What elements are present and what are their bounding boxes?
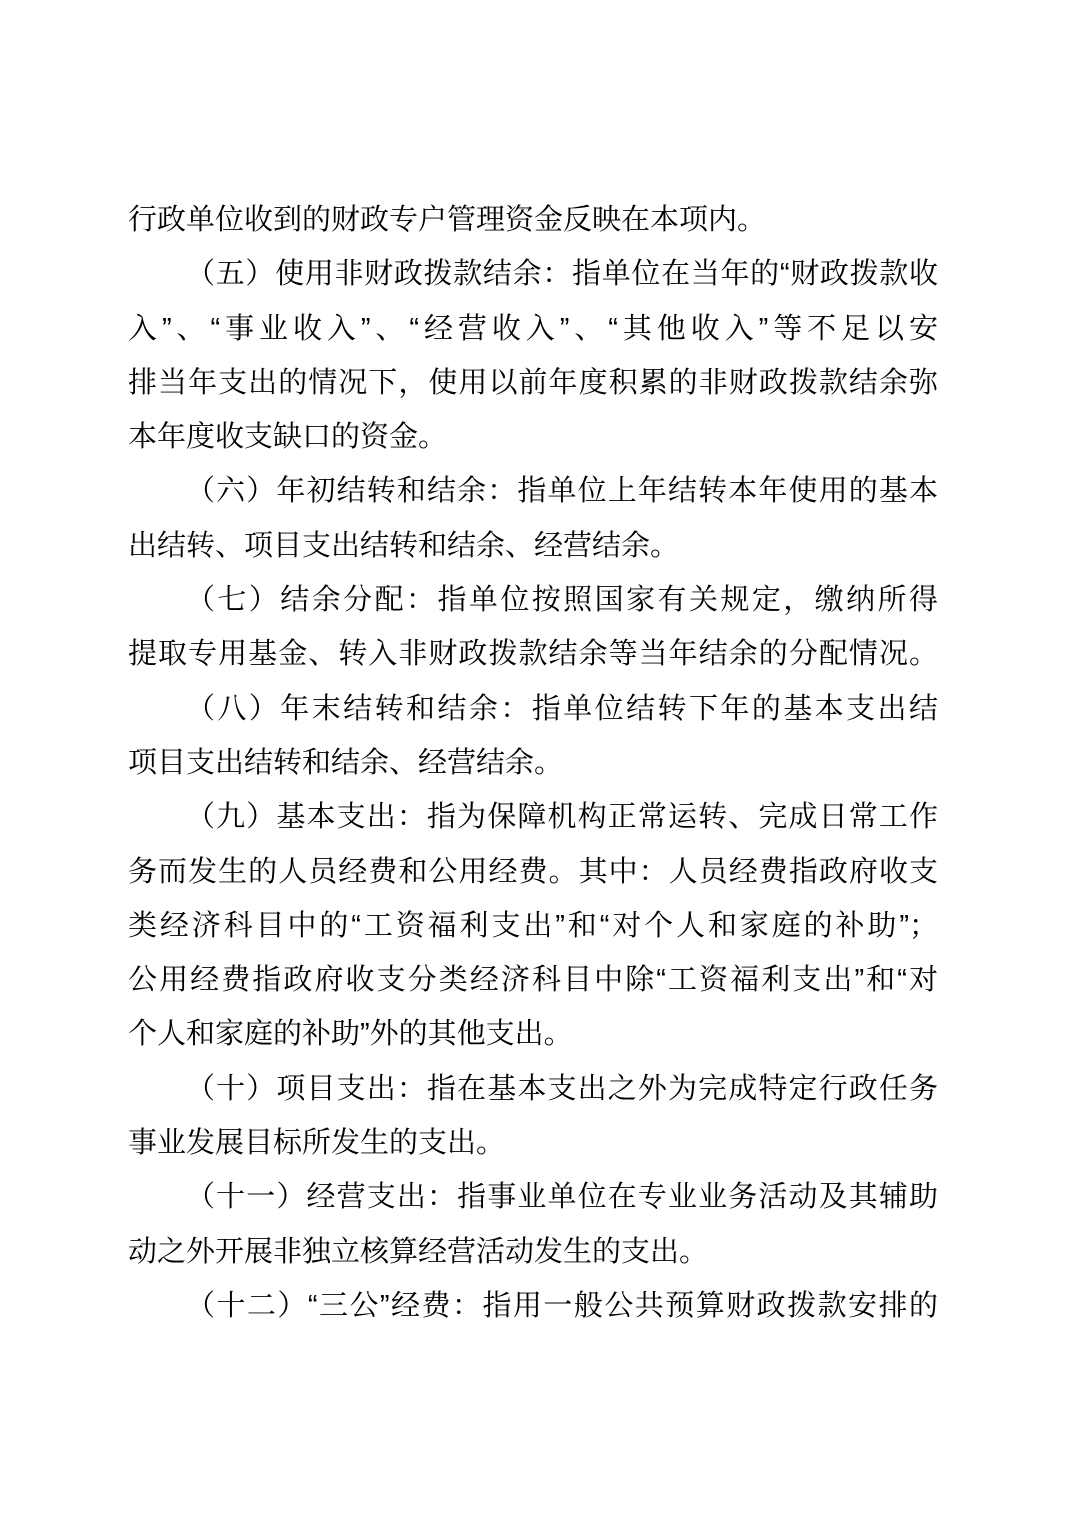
text-line: 行政单位收到的财政专户管理资金反映在本项内。 [128,193,938,247]
text-line: （十二）“三公”经费：指用一般公共预算财政拨款安排的 [128,1279,938,1333]
paragraph-item-11: （十一）经营支出：指事业单位在专业业务活动及其辅助活 动之外开展非独立核算经营活… [128,1170,938,1279]
paragraph-item-10: （十）项目支出：指在基本支出之外为完成特定行政任务和 事业发展目标所发生的支出。 [128,1062,938,1171]
text-line: 事业发展目标所发生的支出。 [128,1116,938,1170]
text-line: （九）基本支出：指为保障机构正常运转、完成日常工作任 [128,790,938,844]
paragraph-item-5: （五）使用非财政拨款结余：指单位在当年的“财政拨款收 入”、“事业收入”、“经营… [128,247,938,464]
text-line: 提取专用基金、转入非财政拨款结余等当年结余的分配情况。 [128,627,938,681]
document-page: 行政单位收到的财政专户管理资金反映在本项内。 （五）使用非财政拨款结余：指单位在… [0,0,1074,1520]
paragraph-item-7: （七）结余分配：指单位按照国家有关规定，缴纳所得税、 提取专用基金、转入非财政拨… [128,573,938,682]
paragraph-item-12: （十二）“三公”经费：指用一般公共预算财政拨款安排的 [128,1279,938,1333]
text-line: 出结转、项目支出结转和结余、经营结余。 [128,519,938,573]
paragraph-item-9: （九）基本支出：指为保障机构正常运转、完成日常工作任 务而发生的人员经费和公用经… [128,790,938,1061]
text-line: 项目支出结转和结余、经营结余。 [128,736,938,790]
text-line: （十一）经营支出：指事业单位在专业业务活动及其辅助活 [128,1170,938,1224]
text-line: （五）使用非财政拨款结余：指单位在当年的“财政拨款收 [128,247,938,301]
text-line: （七）结余分配：指单位按照国家有关规定，缴纳所得税、 [128,573,938,627]
text-line: 务而发生的人员经费和公用经费。其中：人员经费指政府收支分 [128,845,938,899]
text-line: 类经济科目中的“工资福利支出”和“对个人和家庭的补助”； [128,899,938,953]
text-line: （十）项目支出：指在基本支出之外为完成特定行政任务和 [128,1062,938,1116]
text-line: 公用经费指政府收支分类经济科目中除“工资福利支出”和“对 [128,953,938,1007]
text-line: 个人和家庭的补助”外的其他支出。 [128,1007,938,1061]
paragraph-item-8: （八）年末结转和结余：指单位结转下年的基本支出结转、 项目支出结转和结余、经营结… [128,682,938,791]
text-line: （六）年初结转和结余：指单位上年结转本年使用的基本支 [128,464,938,518]
document-body: 行政单位收到的财政专户管理资金反映在本项内。 （五）使用非财政拨款结余：指单位在… [128,193,938,1333]
text-line: 本年度收支缺口的资金。 [128,410,938,464]
text-line: 排当年支出的情况下，使用以前年度积累的非财政拨款结余弥补 [128,356,938,410]
text-line: 入”、“事业收入”、“经营收入”、“其他收入”等不足以安 [128,302,938,356]
paragraph-item-6: （六）年初结转和结余：指单位上年结转本年使用的基本支 出结转、项目支出结转和结余… [128,464,938,573]
paragraph-continued: 行政单位收到的财政专户管理资金反映在本项内。 [128,193,938,247]
text-line: 动之外开展非独立核算经营活动发生的支出。 [128,1225,938,1279]
text-line: （八）年末结转和结余：指单位结转下年的基本支出结转、 [128,682,938,736]
